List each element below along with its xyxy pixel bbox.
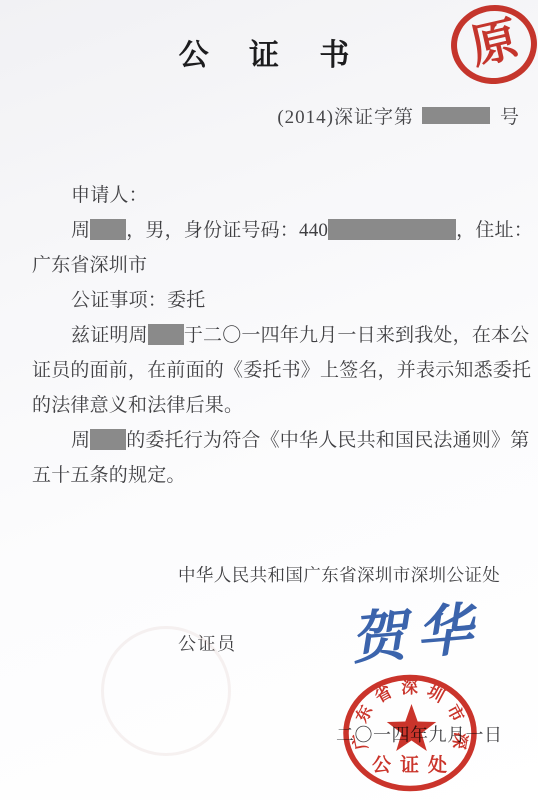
body-text: 的委托行为符合《中华人民共和国民法通则》第	[126, 430, 529, 451]
body-line: 周的委托行为符合《中华人民共和国民法通则》第	[32, 423, 534, 458]
redaction-box	[90, 429, 126, 450]
body-line: 公证事项：委托	[32, 283, 534, 318]
body-text: 公证事项：委托	[71, 290, 205, 311]
body-line: 广东省深圳市	[32, 248, 534, 283]
body-text: 五十五条的规定。	[32, 465, 186, 486]
notarial-certificate-page: 公 证 书 原 (2014)深证字第 号 申请人：周，男，身份证号码：440，住…	[0, 0, 538, 800]
body-line: 五十五条的规定。	[32, 458, 534, 493]
body-text: 的法律意义和法律后果。	[32, 395, 243, 416]
body-text: 于二〇一四年九月一日来到我处，在本公	[184, 325, 530, 346]
document-body: 申请人：周，男，身份证号码：440，住址：广东省深圳市公证事项：委托兹证明周于二…	[32, 178, 534, 493]
redaction-box	[148, 324, 184, 345]
body-line: 的法律意义和法律后果。	[32, 388, 534, 423]
body-text: 申请人：	[71, 185, 148, 206]
body-line: 兹证明周于二〇一四年九月一日来到我处，在本公	[32, 318, 534, 353]
case-number-prefix: (2014)深证字第	[277, 102, 414, 129]
redaction-box	[422, 107, 490, 124]
redaction-box	[328, 219, 456, 240]
body-text: 广东省深圳市	[32, 255, 147, 276]
body-text: ，男，身份证号码：440	[126, 220, 328, 241]
original-mark-stamp: 原	[447, 1, 538, 89]
bleed-through-stamp	[101, 626, 231, 756]
body-line: 证员的面前，在前面的《委托书》上签名，并表示知悉委托	[32, 353, 534, 388]
body-text: 周	[71, 430, 90, 451]
body-line: 申请人：	[32, 178, 534, 213]
body-line: 周，男，身份证号码：440，住址：	[32, 213, 534, 248]
document-title: 公 证 书	[0, 30, 530, 74]
original-mark-character: 原	[466, 16, 522, 72]
notary-office-name: 中华人民共和国广东省深圳市深圳公证处	[178, 562, 500, 587]
body-text: 证员的面前，在前面的《委托书》上签名，并表示知悉委托	[32, 360, 531, 381]
body-text: 周	[71, 220, 90, 241]
case-number-suffix: 号	[500, 102, 520, 129]
body-text: ，住址：	[456, 220, 533, 241]
body-text: 兹证明周	[71, 325, 148, 346]
seal-star-icon	[387, 704, 436, 751]
case-number-line: (2014)深证字第 号	[0, 102, 520, 128]
redaction-box	[90, 219, 126, 240]
notary-office-seal: 广东省深圳市深圳 公证处	[330, 658, 490, 800]
seal-bottom-text: 公证处	[372, 753, 456, 776]
